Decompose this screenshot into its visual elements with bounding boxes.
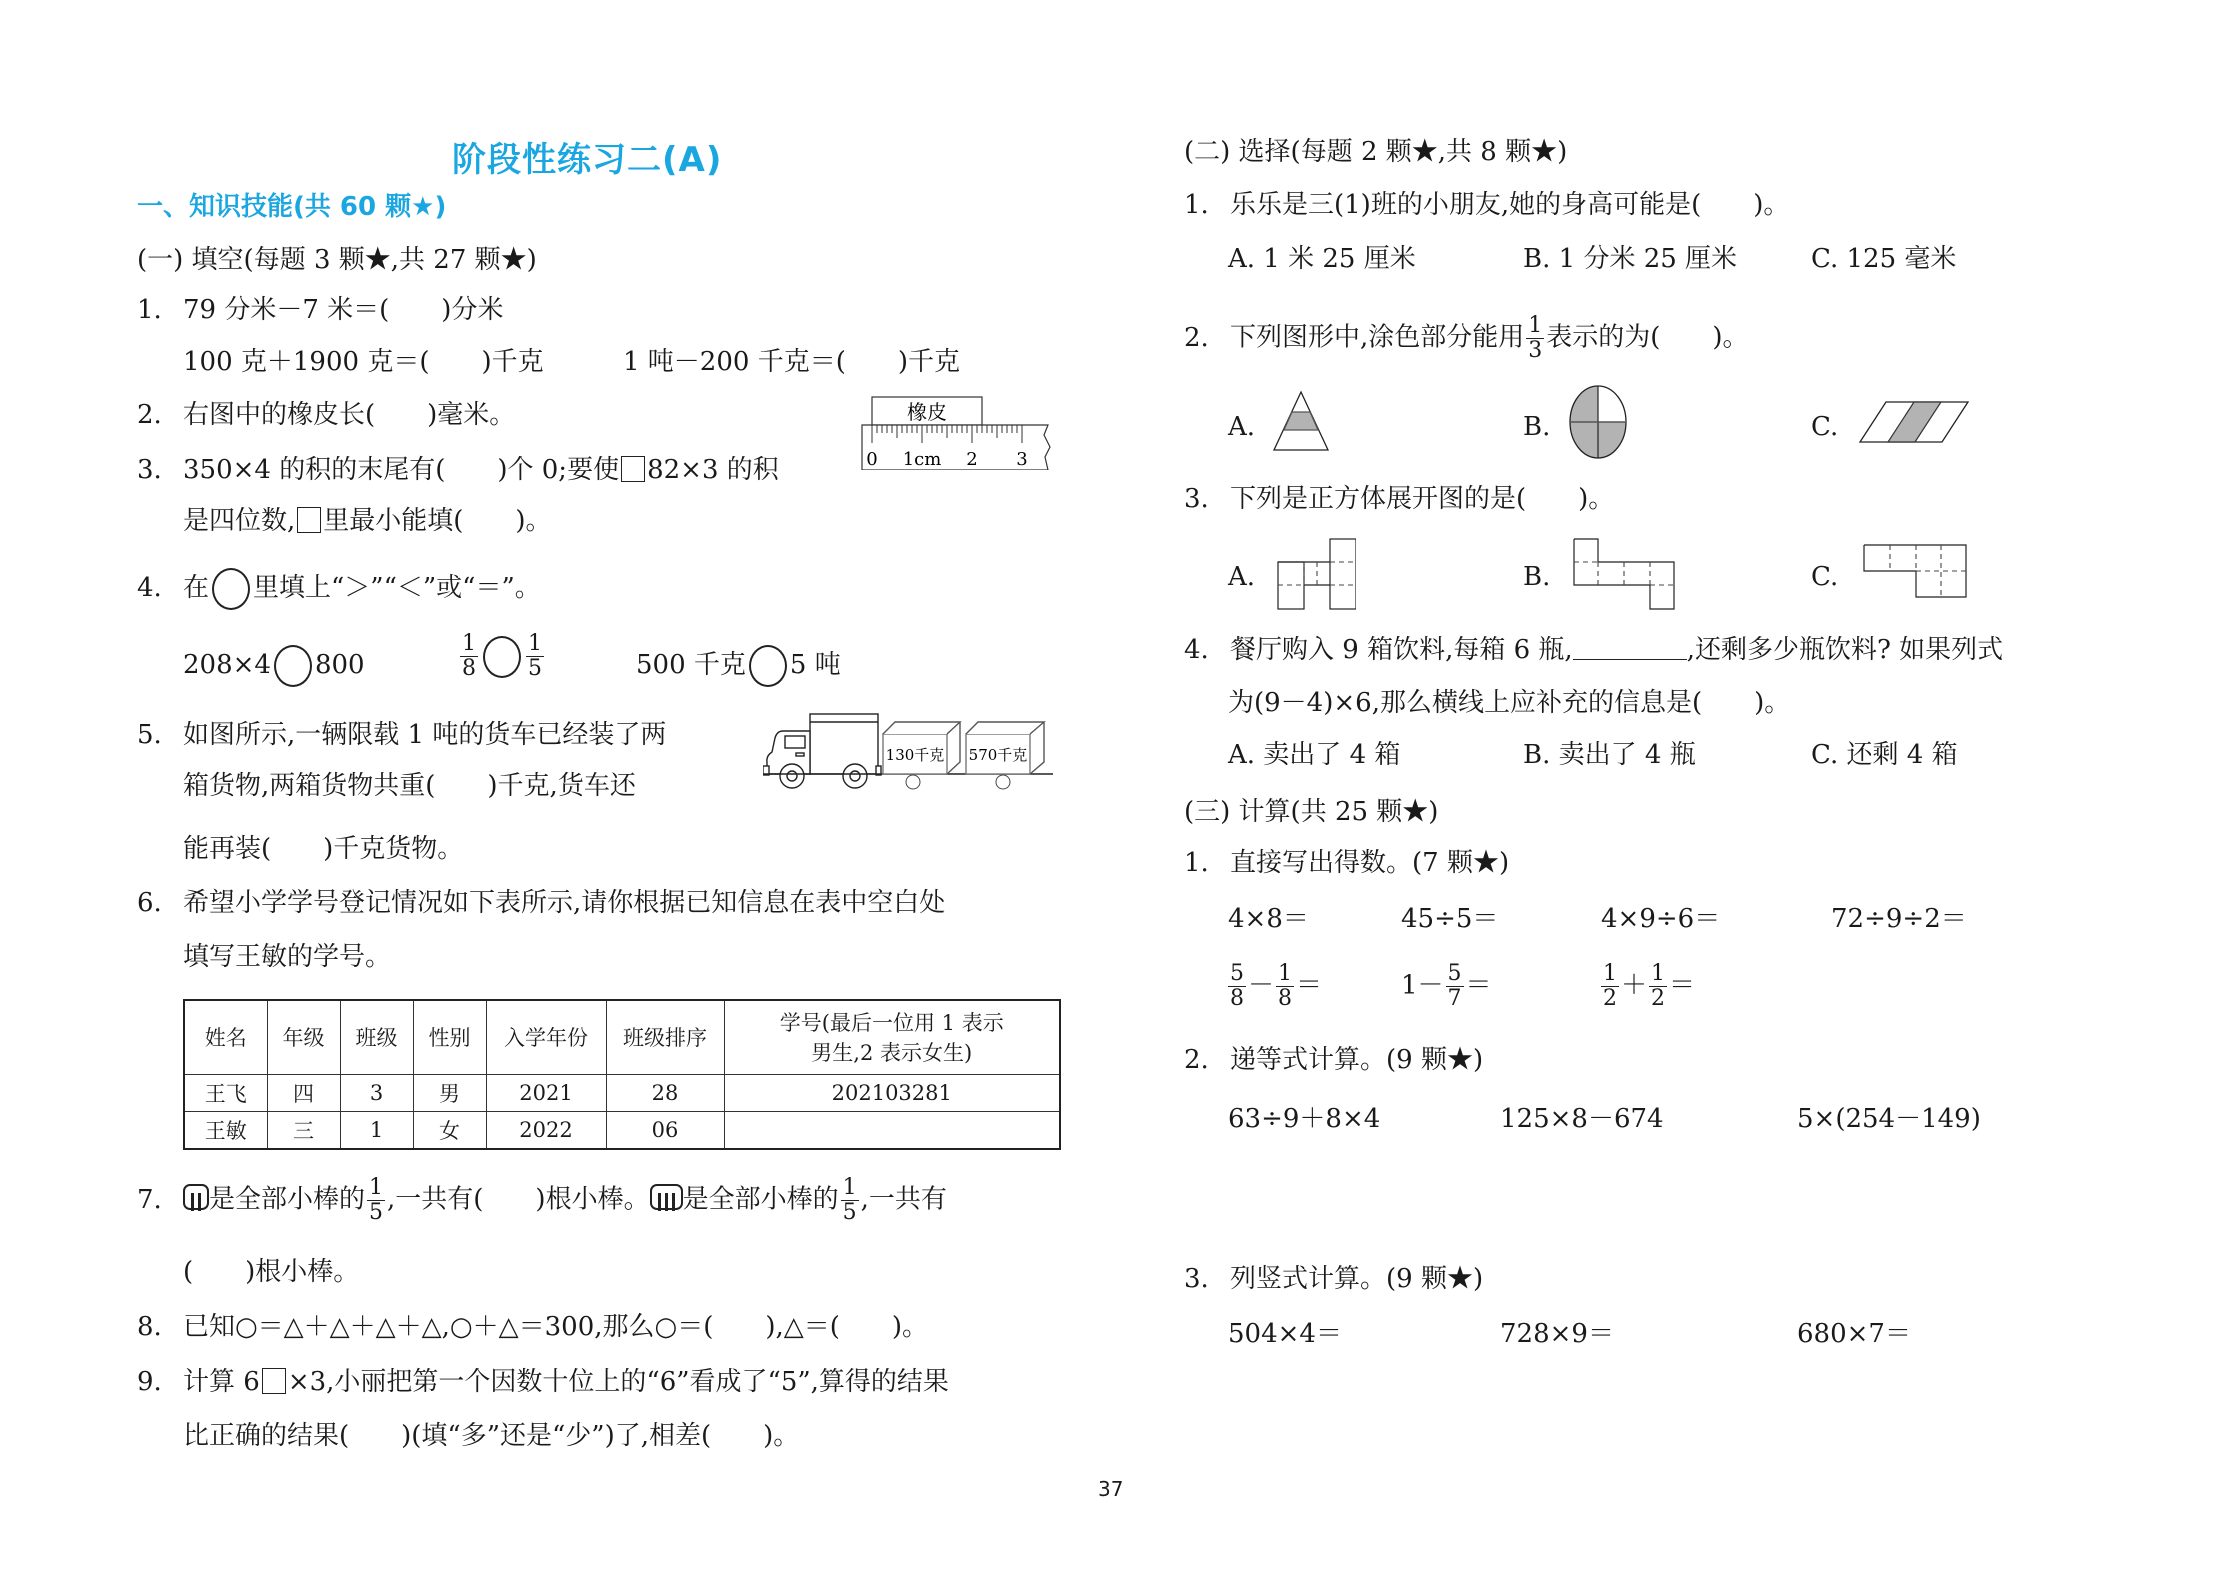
vertical-calc-item: 680×7＝ — [1797, 1317, 1911, 1351]
question-1-line2b: 1 吨－200 千克＝( )千克 — [623, 345, 960, 379]
part-heading-fill-blank: (一) 填空(每题 3 颗★,共 27 颗★) — [137, 243, 537, 277]
blank-square-icon — [262, 1368, 286, 1394]
numerator: 5 — [1446, 962, 1464, 987]
question-number: 2. — [1184, 1043, 1230, 1077]
numerator: 1 — [1276, 962, 1294, 987]
fraction: 18 — [1276, 962, 1294, 1011]
fill-in-line[interactable] — [1573, 635, 1687, 660]
calc-question-2: 2.递等式计算。(9 颗★) — [1184, 1043, 1483, 1077]
question-text: 直接写出得数。(7 颗★) — [1230, 848, 1509, 878]
choice-question-3: 3.下列是正方体展开图的是( )。 — [1184, 482, 1614, 516]
option-a[interactable]: A. — [1228, 560, 1255, 594]
denominator: 2 — [1603, 987, 1617, 1011]
circle-blank-icon[interactable] — [749, 645, 787, 687]
col-header-name: 姓名 — [184, 1000, 267, 1075]
equals: ＝ — [1466, 971, 1492, 1001]
numerator: 5 — [1228, 962, 1246, 987]
step-calc-item: 5×(254－149) — [1797, 1102, 1981, 1136]
table-row: 王敏 三 1 女 2022 06 — [184, 1112, 1060, 1150]
question-text: 已知○＝△＋△＋△＋△,○＋△＝300,那么○＝( ),△＝( )。 — [183, 1312, 928, 1342]
cell: 三 — [267, 1112, 340, 1150]
answer-cell-student-id[interactable] — [724, 1112, 1060, 1150]
col-header-enroll-year: 入学年份 — [486, 1000, 606, 1075]
option-a[interactable]: A. — [1228, 410, 1255, 444]
compare-item-1: 208×4800 — [183, 645, 365, 687]
cell: 202103281 — [724, 1075, 1060, 1112]
question-number: 3. — [137, 453, 183, 487]
mental-calc-item: 45÷5＝ — [1401, 902, 1498, 936]
option-b[interactable]: B. 1 分米 25 厘米 — [1523, 242, 1737, 276]
question-6: 6.希望小学学号登记情况如下表所示,请你根据已知信息在表中空白处 — [137, 886, 945, 920]
numerator: 1 — [1649, 962, 1667, 987]
mental-calc-fraction-item: 1－57＝ — [1401, 962, 1492, 1011]
ruler-eraser-figure: 橡皮 0 1cm 2 3 — [860, 395, 1060, 470]
ruler-tick-2: 2 — [966, 449, 977, 470]
option-c[interactable]: C. — [1811, 410, 1838, 444]
question-number: 3. — [1184, 1262, 1230, 1296]
mental-calc-fraction-item: 12＋12＝ — [1599, 962, 1695, 1011]
question-text: 列竖式计算。(9 颗★) — [1230, 1264, 1483, 1294]
cube-net-a-icon — [1276, 537, 1356, 611]
triangle-shaded-band-icon — [1272, 390, 1330, 452]
question-number: 5. — [137, 718, 183, 752]
question-text: 计算 6 — [183, 1367, 260, 1397]
truck-figure: 130千克 570千克 — [763, 712, 1063, 792]
numerator: 1 — [841, 1176, 859, 1201]
question-text: 里填上“＞”“＜”或“＝”。 — [253, 573, 541, 603]
table-header-row: 姓名 年级 班级 性别 入学年份 班级排序 学号(最后一位用 1 表示男生,2 … — [184, 1000, 1060, 1075]
cell: 女 — [413, 1112, 486, 1150]
fraction: 15 — [841, 1176, 859, 1225]
compare-item-2: 1815 — [458, 632, 546, 681]
calc-question-3: 3.列竖式计算。(9 颗★) — [1184, 1262, 1483, 1296]
part-heading-calculation: (三) 计算(共 25 颗★) — [1184, 795, 1438, 829]
fraction: 15 — [367, 1176, 385, 1225]
cell: 王飞 — [184, 1075, 267, 1112]
denominator: 2 — [1651, 987, 1665, 1011]
cell: 四 — [267, 1075, 340, 1112]
compare-right: 5 吨 — [790, 650, 841, 680]
question-text: 在 — [183, 573, 209, 603]
numerator: 1 — [1601, 962, 1619, 987]
fraction: 15 — [526, 632, 544, 681]
cell: 06 — [606, 1112, 724, 1150]
cell: 3 — [340, 1075, 413, 1112]
numerator: 1 — [1526, 314, 1544, 339]
fraction: 57 — [1446, 962, 1464, 1011]
question-text: 里最小能填( )。 — [323, 506, 551, 536]
question-text: 如图所示,一辆限载 1 吨的货车已经装了两 — [183, 720, 666, 750]
denominator: 5 — [528, 657, 542, 681]
vertical-calc-item: 728×9＝ — [1500, 1317, 1614, 1351]
compare-right: 800 — [315, 650, 365, 680]
question-text: 79 分米－7 米＝( )分米 — [183, 295, 503, 325]
numerator: 1 — [367, 1176, 385, 1201]
option-c[interactable]: C. 125 毫米 — [1811, 242, 1956, 276]
question-5: 5.如图所示,一辆限载 1 吨的货车已经装了两 — [137, 718, 666, 752]
page-number: 37 — [1098, 1477, 1123, 1501]
header-line: 男生,2 表示女生) — [811, 1041, 972, 1065]
operator: － — [1248, 971, 1274, 1001]
question-text: 350×4 的积的末尾有( )个 0;要使 — [183, 455, 619, 485]
question-4: 4.在里填上“＞”“＜”或“＝”。 — [137, 568, 541, 610]
col-header-class-rank: 班级排序 — [606, 1000, 724, 1075]
question-9: 9.计算 6×3,小丽把第一个因数十位上的“6”看成了“5”,算得的结果 — [137, 1365, 949, 1399]
denominator: 8 — [462, 657, 476, 681]
option-c[interactable]: C. — [1811, 560, 1838, 594]
option-c[interactable]: C. 还剩 4 箱 — [1811, 738, 1958, 772]
question-2: 2.右图中的橡皮长( )毫米。 — [137, 398, 515, 432]
cell: 28 — [606, 1075, 724, 1112]
ruler-tick-0: 0 — [866, 449, 877, 470]
box-1-weight: 130千克 — [886, 746, 945, 764]
question-number: 2. — [1184, 321, 1230, 355]
step-calc-item: 63÷9＋8×4 — [1228, 1102, 1380, 1136]
question-3: 3.350×4 的积的末尾有( )个 0;要使82×3 的积 — [137, 453, 779, 487]
question-text: 餐厅购入 9 箱饮料,每箱 6 瓶, — [1230, 635, 1573, 665]
ruler-tick-3: 3 — [1016, 449, 1027, 470]
question-number: 4. — [137, 571, 183, 605]
part-heading-multiple-choice: (二) 选择(每题 2 颗★,共 8 颗★) — [1184, 135, 1567, 169]
equals: ＝ — [1296, 971, 1322, 1001]
question-number: 7. — [137, 1183, 183, 1217]
question-text: 递等式计算。(9 颗★) — [1230, 1045, 1483, 1075]
cell: 1 — [340, 1112, 413, 1150]
section-heading-knowledge-skills: 一、知识技能(共 60 颗★) — [137, 186, 446, 223]
fraction: 58 — [1228, 962, 1246, 1011]
question-8: 8.已知○＝△＋△＋△＋△,○＋△＝300,那么○＝( ),△＝( )。 — [137, 1310, 928, 1344]
fraction: 18 — [460, 632, 478, 681]
question-text: 乐乐是三(1)班的小朋友,她的身高可能是( )。 — [1230, 190, 1789, 220]
question-1: 1.79 分米－7 米＝( )分米 — [137, 293, 503, 327]
choice-question-4: 4.餐厅购入 9 箱饮料,每箱 6 瓶,,还剩多少瓶饮料? 如果列式 — [1184, 633, 2003, 667]
question-3-line2: 是四位数,里最小能填( )。 — [183, 504, 552, 538]
denominator: 8 — [1278, 987, 1292, 1011]
question-number: 9. — [137, 1365, 183, 1399]
vertical-calc-item: 504×4＝ — [1228, 1317, 1342, 1351]
question-number: 8. — [137, 1310, 183, 1344]
question-text: 下列图形中,涂色部分能用 — [1230, 323, 1524, 353]
header-line: 学号(最后一位用 1 表示 — [780, 1011, 1004, 1035]
question-5-line3: 能再装( )千克货物。 — [183, 832, 463, 866]
circle-blank-icon[interactable] — [274, 645, 312, 687]
question-number: 1. — [1184, 846, 1230, 880]
question-5-line2: 箱货物,两箱货物共重( )千克,货车还 — [183, 769, 636, 803]
mental-calc-item: 4×8＝ — [1228, 902, 1309, 936]
mental-calc-item: 72÷9÷2＝ — [1831, 902, 1967, 936]
operator: ＋ — [1621, 971, 1647, 1001]
question-text: 是全部小棒的 — [209, 1185, 365, 1215]
compare-left: 500 千克 — [636, 650, 746, 680]
blank-square-icon — [297, 507, 321, 533]
question-9-line2: 比正确的结果( )(填“多”还是“少”)了,相差( )。 — [183, 1419, 799, 1453]
two-sticks-icon — [183, 1184, 209, 1210]
question-number: 1. — [137, 293, 183, 327]
question-1-line2a: 100 克＋1900 克＝( )千克 — [183, 345, 544, 379]
parallelogram-shaded-strip-icon — [1858, 400, 1970, 444]
cell: 2021 — [486, 1075, 606, 1112]
question-text: ×3,小丽把第一个因数十位上的“6”看成了“5”,算得的结果 — [288, 1367, 949, 1397]
numerator: 1 — [460, 632, 478, 657]
equals: ＝ — [1669, 971, 1695, 1001]
denominator: 5 — [369, 1201, 383, 1225]
step-calc-item: 125×8－674 — [1500, 1102, 1664, 1136]
compare-item-3: 500 千克5 吨 — [636, 645, 841, 687]
question-text: 82×3 的积 — [647, 455, 779, 485]
denominator: 3 — [1528, 339, 1542, 363]
question-7-line2: ( )根小棒。 — [183, 1255, 359, 1289]
fraction: 12 — [1601, 962, 1619, 1011]
cell: 男 — [413, 1075, 486, 1112]
question-text: 下列是正方体展开图的是( )。 — [1230, 484, 1614, 514]
question-text: 右图中的橡皮长( )毫米。 — [183, 400, 515, 430]
question-text: 希望小学学号登记情况如下表所示,请你根据已知信息在表中空白处 — [183, 888, 945, 918]
denominator: 5 — [843, 1201, 857, 1225]
question-text: 表示的为( )。 — [1546, 323, 1748, 353]
col-header-student-id: 学号(最后一位用 1 表示男生,2 表示女生) — [724, 1000, 1060, 1075]
question-number: 1. — [1184, 188, 1230, 222]
question-text: ,还剩多少瓶饮料? 如果列式 — [1687, 635, 2003, 665]
col-header-grade: 年级 — [267, 1000, 340, 1075]
choice-question-1: 1.乐乐是三(1)班的小朋友,她的身高可能是( )。 — [1184, 188, 1789, 222]
blank-square-icon — [621, 456, 645, 482]
col-header-gender: 性别 — [413, 1000, 486, 1075]
student-id-table: 姓名 年级 班级 性别 入学年份 班级排序 学号(最后一位用 1 表示男生,2 … — [183, 999, 1061, 1150]
compare-left: 208×4 — [183, 650, 271, 680]
box-2-weight: 570千克 — [969, 746, 1028, 764]
choice-question-2: 2.下列图形中,涂色部分能用13表示的为( )。 — [1184, 314, 1749, 363]
lead-term: 1－ — [1401, 971, 1444, 1001]
page-title: 阶段性练习二(A) — [452, 132, 722, 181]
three-sticks-icon — [650, 1184, 683, 1210]
cube-net-c-icon — [1862, 543, 1968, 599]
option-b[interactable]: B. — [1523, 560, 1550, 594]
question-number: 6. — [137, 886, 183, 920]
eraser-label: 橡皮 — [907, 400, 947, 424]
cell: 王敏 — [184, 1112, 267, 1150]
circle-quarters-shaded-icon — [1568, 384, 1628, 460]
question-text: 是四位数, — [183, 506, 295, 536]
circle-blank-icon — [212, 568, 250, 610]
question-text: 是全部小棒的 — [683, 1185, 839, 1215]
question-text: ,一共有 — [861, 1185, 947, 1215]
calc-question-1: 1.直接写出得数。(7 颗★) — [1184, 846, 1509, 880]
mental-calc-fraction-item: 58－18＝ — [1226, 962, 1322, 1011]
mental-calc-item: 4×9÷6＝ — [1601, 902, 1720, 936]
question-7: 7.是全部小棒的15,一共有( )根小棒。是全部小棒的15,一共有 — [137, 1176, 947, 1225]
question-number: 2. — [137, 398, 183, 432]
fraction: 13 — [1526, 314, 1544, 363]
denominator: 7 — [1448, 987, 1462, 1011]
question-number: 3. — [1184, 482, 1230, 516]
cube-net-b-icon — [1572, 537, 1676, 611]
col-header-class: 班级 — [340, 1000, 413, 1075]
option-a[interactable]: A. 1 米 25 厘米 — [1228, 242, 1416, 276]
table-row: 王飞 四 3 男 2021 28 202103281 — [184, 1075, 1060, 1112]
question-text: ,一共有( )根小棒。 — [387, 1185, 650, 1215]
option-b[interactable]: B. — [1523, 410, 1550, 444]
ruler-tick-1cm: 1cm — [903, 449, 942, 470]
question-6-line2: 填写王敏的学号。 — [183, 940, 391, 974]
option-a[interactable]: A. 卖出了 4 箱 — [1228, 738, 1400, 772]
denominator: 8 — [1230, 987, 1244, 1011]
fraction: 12 — [1649, 962, 1667, 1011]
question-number: 4. — [1184, 633, 1230, 667]
choice-question-4-line2: 为(9－4)×6,那么横线上应补充的信息是( )。 — [1228, 686, 1790, 720]
option-b[interactable]: B. 卖出了 4 瓶 — [1523, 738, 1696, 772]
numerator: 1 — [526, 632, 544, 657]
circle-blank-icon[interactable] — [483, 636, 521, 678]
cell: 2022 — [486, 1112, 606, 1150]
